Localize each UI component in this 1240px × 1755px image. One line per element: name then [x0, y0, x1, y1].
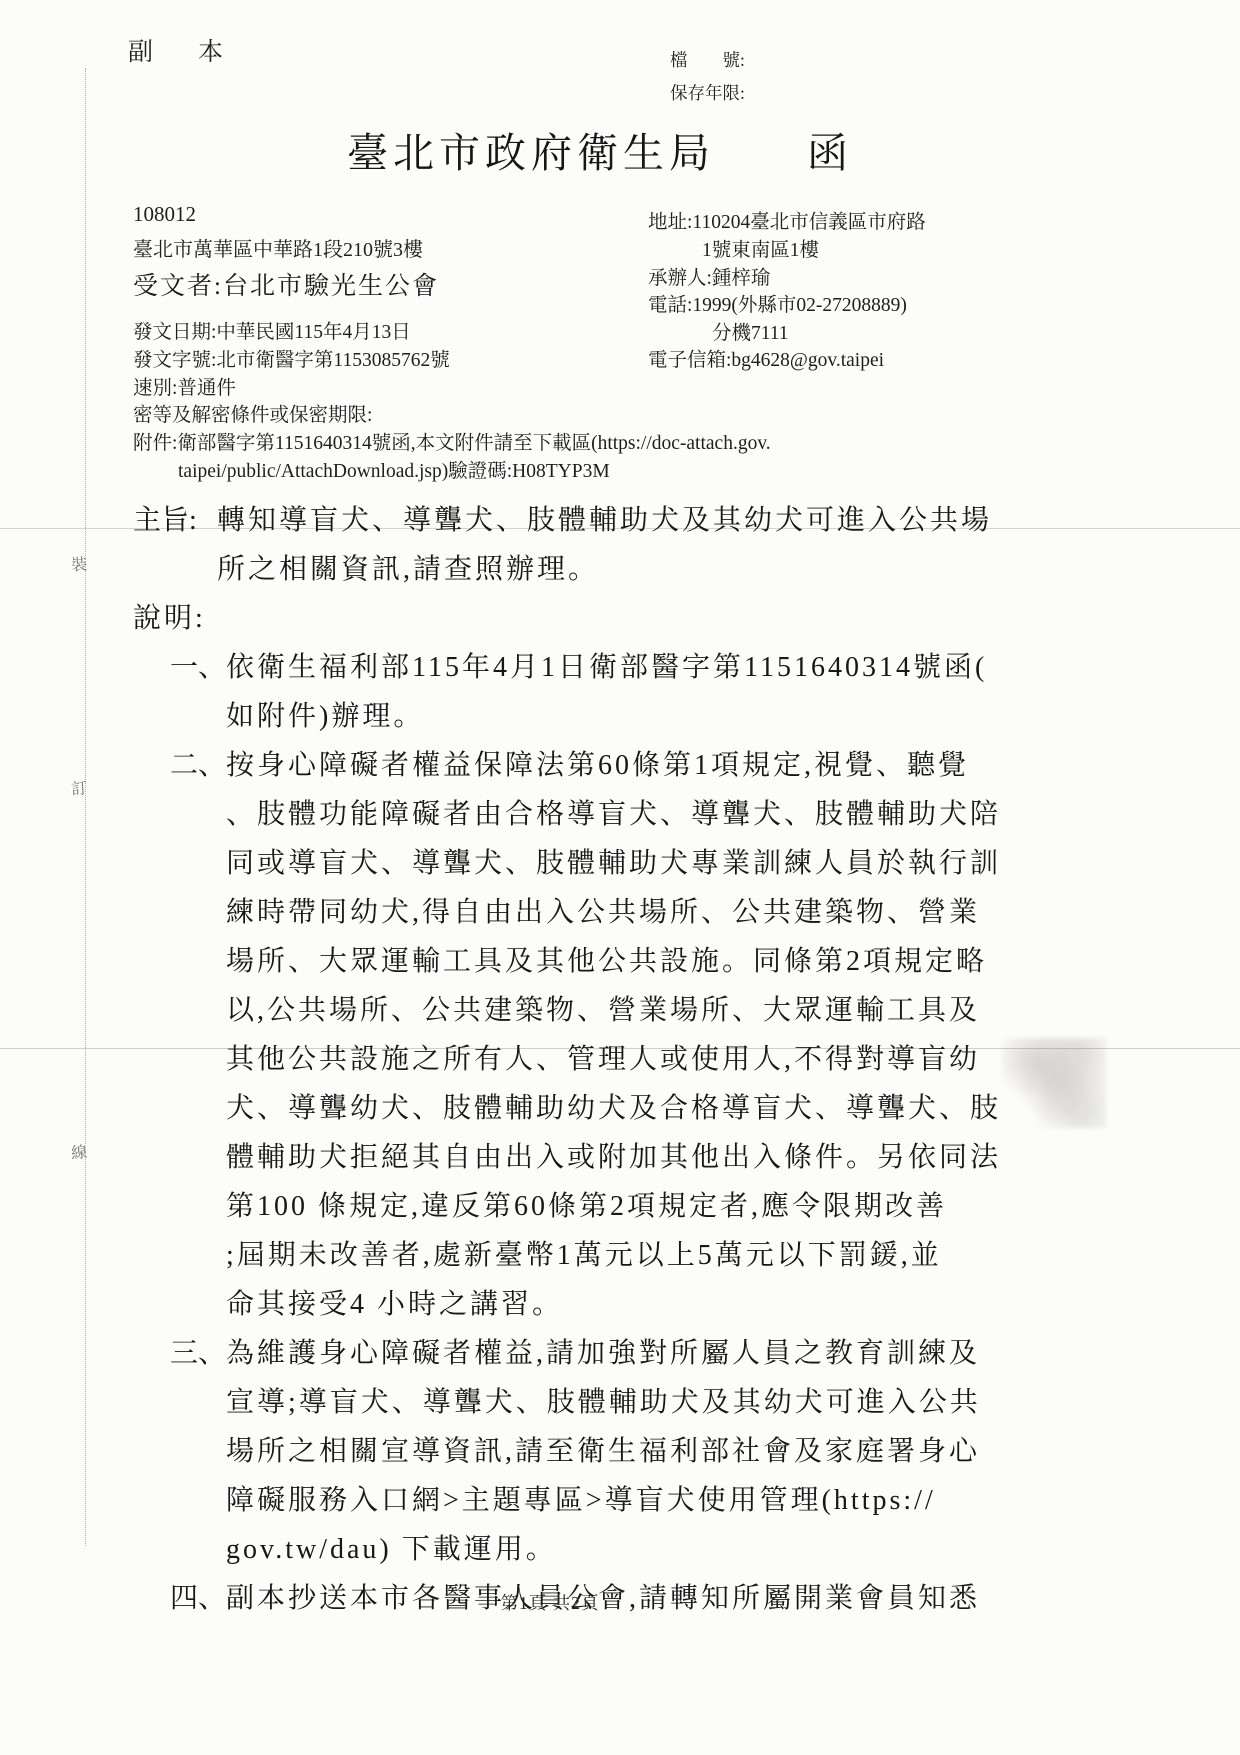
item-line: 場所之相關宣導資訊,請至衛生福利部社會及家庭署身心: [226, 1427, 1033, 1476]
item-line: gov.tw/dau) 下載運用。: [226, 1525, 1033, 1574]
item-line: 障礙服務入口網>主題專區>導盲犬使用管理(https://: [226, 1476, 1033, 1525]
item-line: 依衛生福利部115年4月1日衛部醫字第1151640314號函(: [226, 643, 1033, 692]
recipient-address: 臺北市萬華區中華路1段210號3樓: [133, 233, 423, 262]
speed-line: 速別:普通件: [133, 372, 236, 400]
contact-person-line: 承辦人:鍾梓瑜: [648, 262, 770, 290]
item-line: ;屆期未改善者,處新臺幣1萬元以上5萬元以下罰鍰,並: [226, 1231, 1033, 1280]
file-number-label: 檔 號:: [670, 44, 745, 77]
item-line: 宣導;導盲犬、導聾犬、肢體輔助犬及其幼犬可進入公共: [226, 1378, 1033, 1427]
list-item-3: 三、 為維護身心障礙者權益,請加強對所屬人員之教育訓練及 宣導;導盲犬、導聾犬、…: [170, 1329, 1033, 1574]
scanned-letter-page: 裝 訂 線 副 本 檔 號: 保存年限: 臺北市政府衛生局 函 108012 臺…: [0, 0, 1240, 1755]
recipient-zip: 108012: [133, 202, 196, 227]
item-line: 以,公共場所、公共建築物、營業場所、大眾運輸工具及: [226, 986, 1033, 1035]
explanation-items: 一、 依衛生福利部115年4月1日衛部醫字第1151640314號函( 如附件)…: [170, 643, 1033, 1623]
item-line: 犬、導聾幼犬、肢體輔助幼犬及合格導盲犬、導聾犬、肢: [226, 1084, 1033, 1133]
item-number: 三、: [170, 1329, 226, 1378]
subject-line: 轉知導盲犬、導聾犬、肢體輔助犬及其幼犬可進入公共場: [217, 496, 1033, 545]
phone-line-2: 分機7111: [712, 317, 789, 345]
item-number: 一、: [170, 643, 226, 692]
send-date-line: 發文日期:中華民國115年4月13日: [133, 316, 411, 344]
binding-mark-zhuang: 裝: [70, 551, 88, 575]
subject-section: 主旨: 轉知導盲犬、導聾犬、肢體輔助犬及其幼犬可進入公共場 所之相關資訊,請查照…: [133, 496, 1033, 594]
letter-body: 主旨: 轉知導盲犬、導聾犬、肢體輔助犬及其幼犬可進入公共場 所之相關資訊,請查照…: [133, 496, 1033, 1623]
item-line: 命其接受4 小時之講習。: [226, 1280, 1033, 1329]
item-line: 同或導盲犬、導聾犬、肢體輔助犬專業訓練人員於執行訓: [226, 839, 1033, 888]
subject-label: 主旨:: [133, 496, 217, 545]
copy-label: 副 本: [128, 32, 233, 68]
item-number: 二、: [170, 741, 226, 790]
item-line: 其他公共設施之所有人、管理人或使用人,不得對導盲幼: [226, 1035, 1033, 1084]
item-line: 場所、大眾運輸工具及其他公共設施。同條第2項規定略: [226, 937, 1033, 986]
retention-label: 保存年限:: [670, 77, 745, 110]
sender-address-line-2: 1號東南區1樓: [702, 234, 819, 262]
page-footer: 第1頁 共2頁: [0, 1590, 1100, 1615]
list-item-2: 二、 按身心障礙者權益保障法第60條第1項規定,視覺、聽覺 、肢體功能障礙者由合…: [170, 741, 1033, 1329]
attachment-line-2: taipei/public/AttachDownload.jsp)驗證碼:H08…: [178, 455, 610, 483]
item-line: 第100 條規定,違反第60條第2項規定者,應令限期改善: [226, 1182, 1033, 1231]
secrecy-line: 密等及解密條件或保密期限:: [133, 399, 372, 427]
phone-line-1: 電話:1999(外縣市02-27208889): [648, 289, 907, 317]
doc-number-line: 發文字號:北市衛醫字第1153085762號: [133, 344, 450, 372]
sender-address-line-1: 地址:110204臺北市信義區市府路: [648, 206, 926, 234]
list-item-1: 一、 依衛生福利部115年4月1日衛部醫字第1151640314號函( 如附件)…: [170, 643, 1033, 741]
binding-mark-xian: 線: [70, 1139, 88, 1163]
item-line: 體輔助犬拒絕其自由出入或附加其他出入條件。另依同法: [226, 1133, 1033, 1182]
item-line: 如附件)辦理。: [226, 692, 1033, 741]
item-line: 、肢體功能障礙者由合格導盲犬、導聾犬、肢體輔助犬陪: [226, 790, 1033, 839]
item-line: 按身心障礙者權益保障法第60條第1項規定,視覺、聽覺: [226, 741, 1033, 790]
subject-line: 所之相關資訊,請查照辦理。: [217, 545, 1033, 594]
document-title: 臺北市政府衛生局 函: [0, 120, 1200, 179]
attachment-line-1: 附件:衛部醫字第1151640314號函,本文附件請至下載區(https://d…: [133, 427, 771, 455]
file-number-block: 檔 號: 保存年限:: [670, 44, 745, 110]
binding-mark-ding: 訂: [70, 775, 88, 799]
explanation-label: 說明:: [133, 594, 1033, 643]
email-line: 電子信箱:bg4628@gov.taipei: [648, 344, 884, 372]
binding-dotted-line: [85, 68, 86, 1546]
item-line: 練時帶同幼犬,得自由出入公共場所、公共建築物、營業: [226, 888, 1033, 937]
recipient-line: 受文者:台北市驗光生公會: [133, 266, 439, 302]
item-line: 為維護身心障礙者權益,請加強對所屬人員之教育訓練及: [226, 1329, 1033, 1378]
